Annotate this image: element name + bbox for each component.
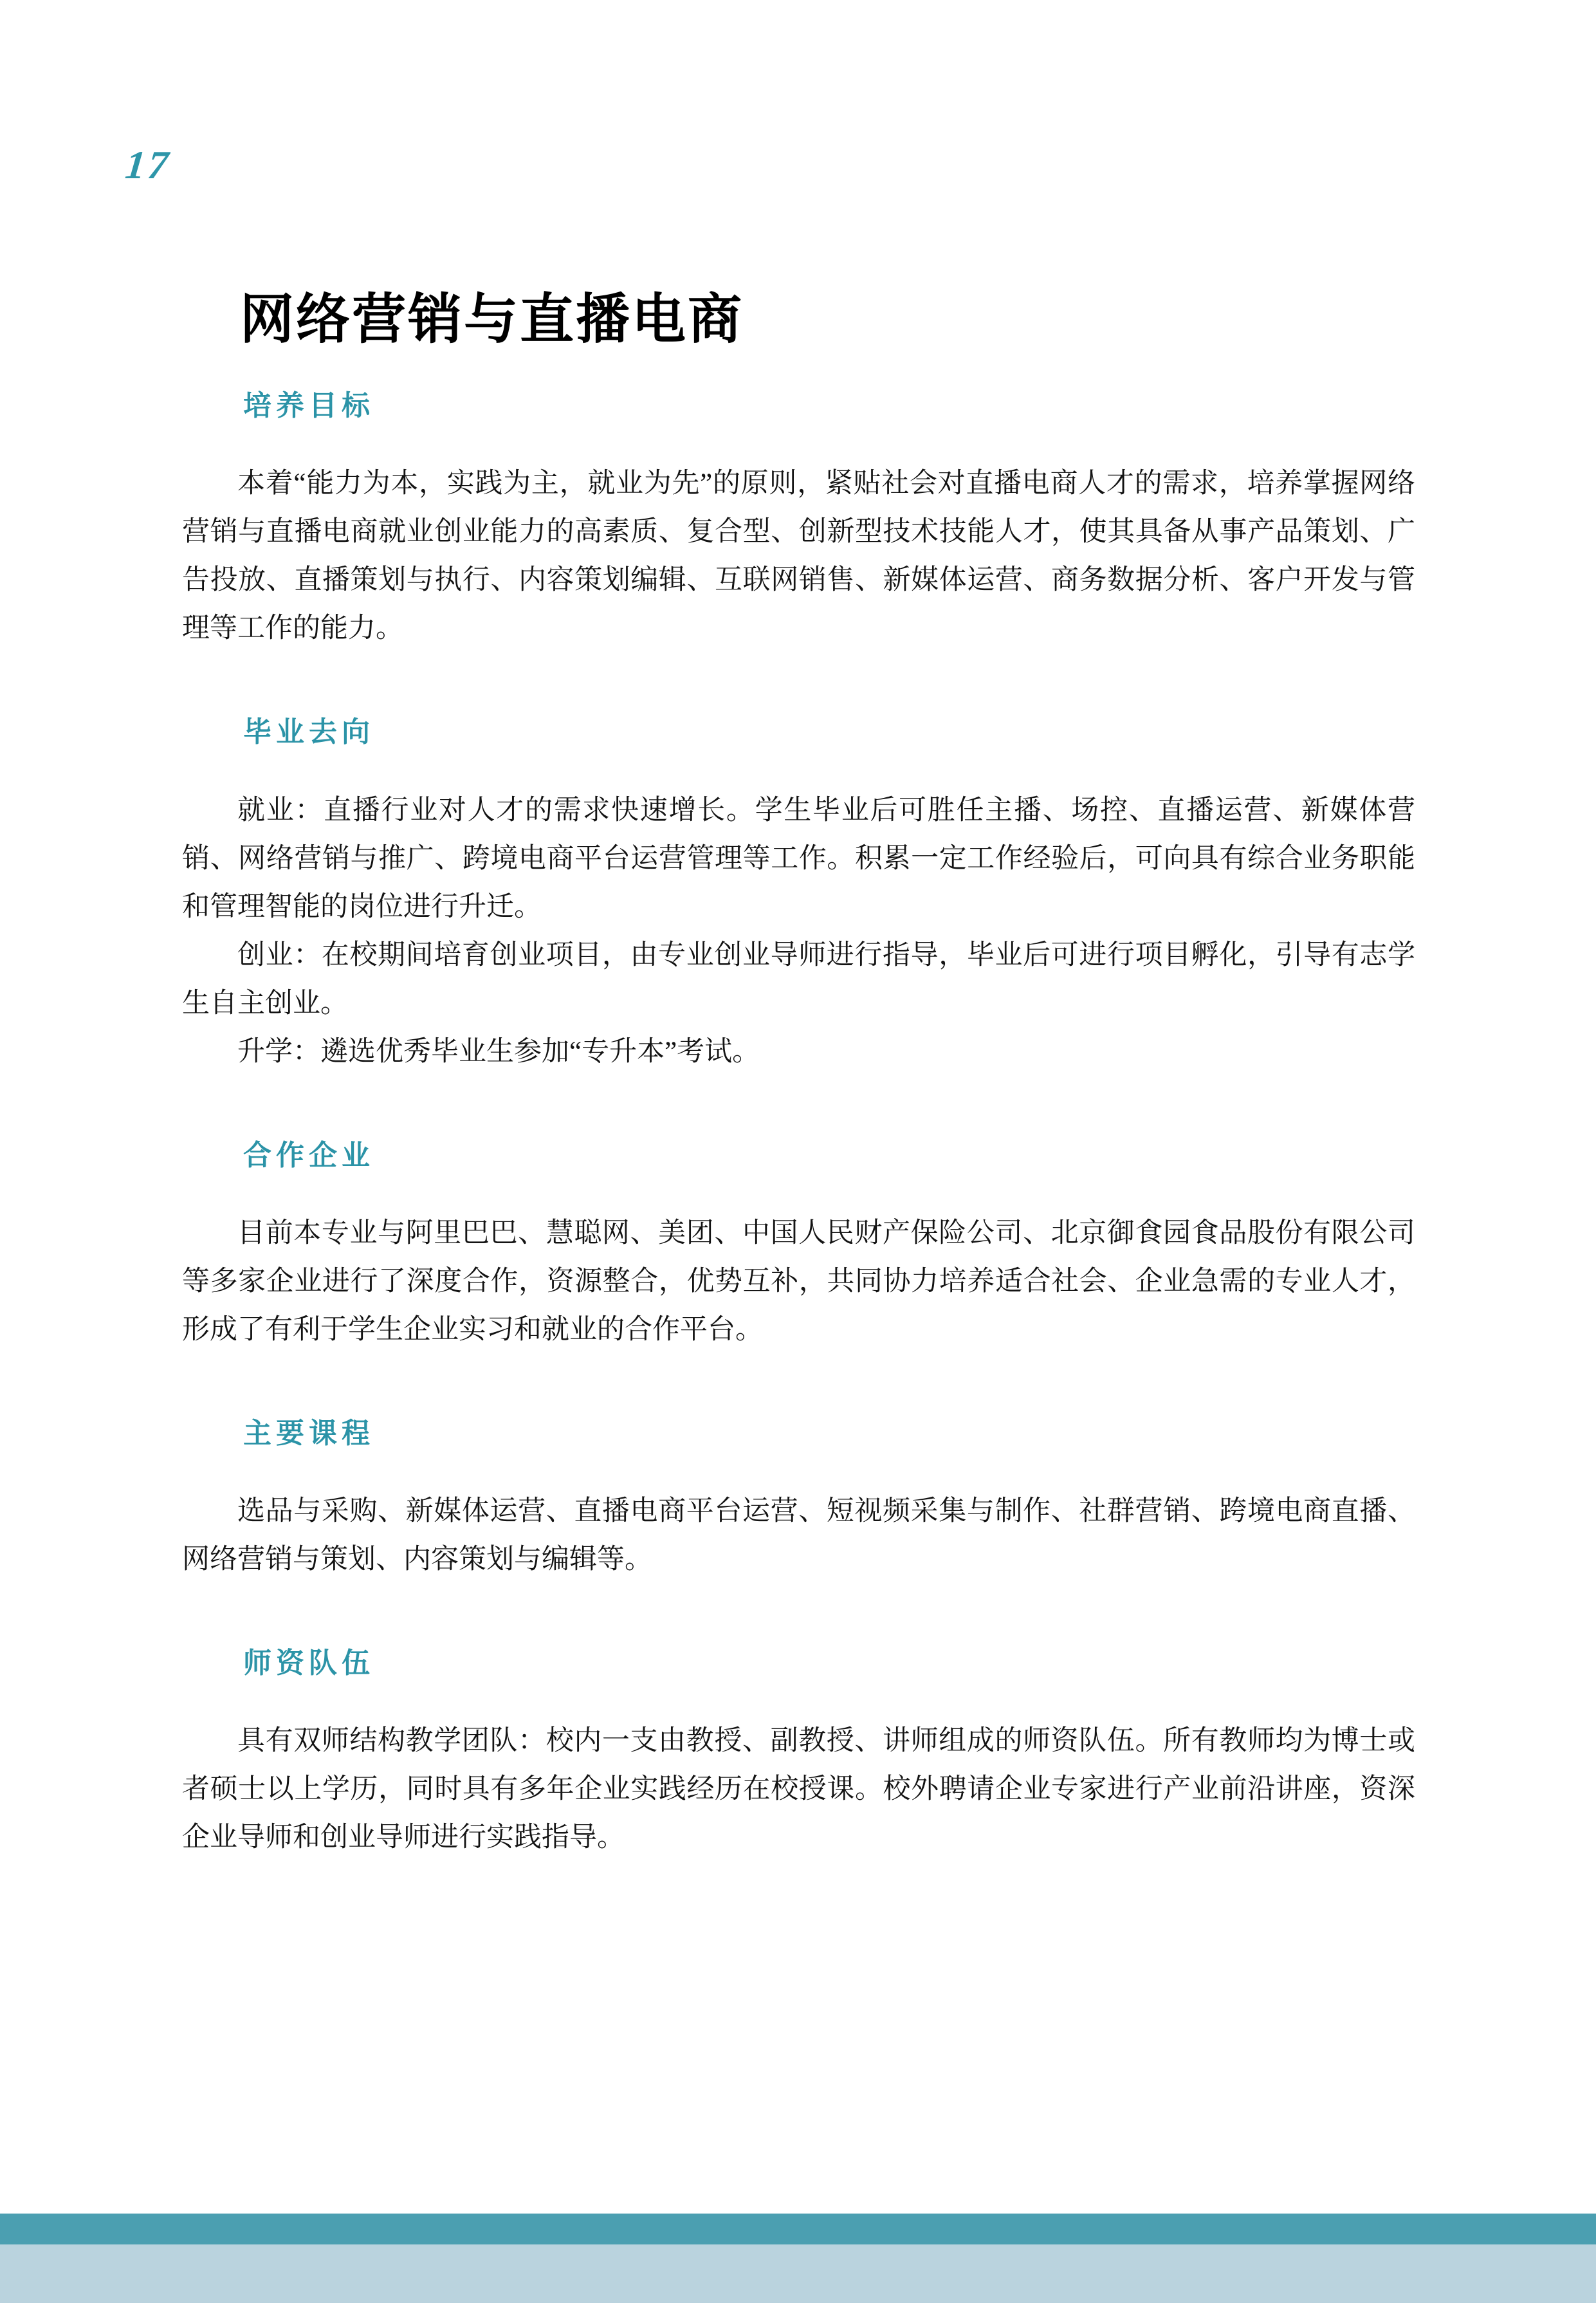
section-heading-training-objectives: 培养目标 [243, 387, 1415, 424]
footer-band-light [0, 2244, 1596, 2303]
paragraph: 本着“能力为本，实践为主，就业为先”的原则，紧贴社会对直播电商人才的需求，培养掌… [182, 459, 1415, 652]
section-heading-faculty-team: 师资队伍 [243, 1645, 1415, 1681]
section-body: 选品与采购、新媒体运营、直播电商平台运营、短视频采集与制作、社群营销、跨境电商直… [182, 1487, 1415, 1584]
section-heading-graduation-paths: 毕业去向 [243, 714, 1415, 750]
paragraph-entrepreneurship: 创业：在校期间培育创业项目，由专业创业导师进行指导，毕业后可进行项目孵化，引导有… [182, 931, 1415, 1028]
section-graduation-paths: 毕业去向 就业：直播行业对人才的需求快速增长。学生毕业后可胜任主播、场控、直播运… [182, 714, 1415, 1075]
paragraph-employment: 就业：直播行业对人才的需求快速增长。学生毕业后可胜任主播、场控、直播运营、新媒体… [182, 786, 1415, 931]
section-heading-main-courses: 主要课程 [243, 1415, 1415, 1452]
section-body: 本着“能力为本，实践为主，就业为先”的原则，紧贴社会对直播电商人才的需求，培养掌… [182, 459, 1415, 652]
section-main-courses: 主要课程 选品与采购、新媒体运营、直播电商平台运营、短视频采集与制作、社群营销、… [182, 1415, 1415, 1584]
page-title: 网络营销与直播电商 [240, 0, 1415, 355]
footer-band-teal [0, 2214, 1596, 2244]
page-content: 网络营销与直播电商 培养目标 本着“能力为本，实践为主，就业为先”的原则，紧贴社… [182, 0, 1415, 1862]
paragraph: 选品与采购、新媒体运营、直播电商平台运营、短视频采集与制作、社群营销、跨境电商直… [182, 1487, 1415, 1584]
section-faculty-team: 师资队伍 具有双师结构教学团队：校内一支由教授、副教授、讲师组成的师资队伍。所有… [182, 1645, 1415, 1862]
paragraph: 目前本专业与阿里巴巴、慧聪网、美团、中国人民财产保险公司、北京御食园食品股份有限… [182, 1209, 1415, 1354]
section-heading-partner-enterprises: 合作企业 [243, 1137, 1415, 1174]
section-partner-enterprises: 合作企业 目前本专业与阿里巴巴、慧聪网、美团、中国人民财产保险公司、北京御食园食… [182, 1137, 1415, 1354]
paragraph-further-study: 升学：遴选优秀毕业生参加“专升本”考试。 [182, 1028, 1415, 1076]
section-training-objectives: 培养目标 本着“能力为本，实践为主，就业为先”的原则，紧贴社会对直播电商人才的需… [182, 387, 1415, 652]
page-number: 17 [123, 143, 172, 189]
paragraph: 具有双师结构教学团队：校内一支由教授、副教授、讲师组成的师资队伍。所有教师均为博… [182, 1717, 1415, 1862]
section-body: 就业：直播行业对人才的需求快速增长。学生毕业后可胜任主播、场控、直播运营、新媒体… [182, 786, 1415, 1076]
section-body: 目前本专业与阿里巴巴、慧聪网、美团、中国人民财产保险公司、北京御食园食品股份有限… [182, 1209, 1415, 1354]
section-body: 具有双师结构教学团队：校内一支由教授、副教授、讲师组成的师资队伍。所有教师均为博… [182, 1717, 1415, 1862]
